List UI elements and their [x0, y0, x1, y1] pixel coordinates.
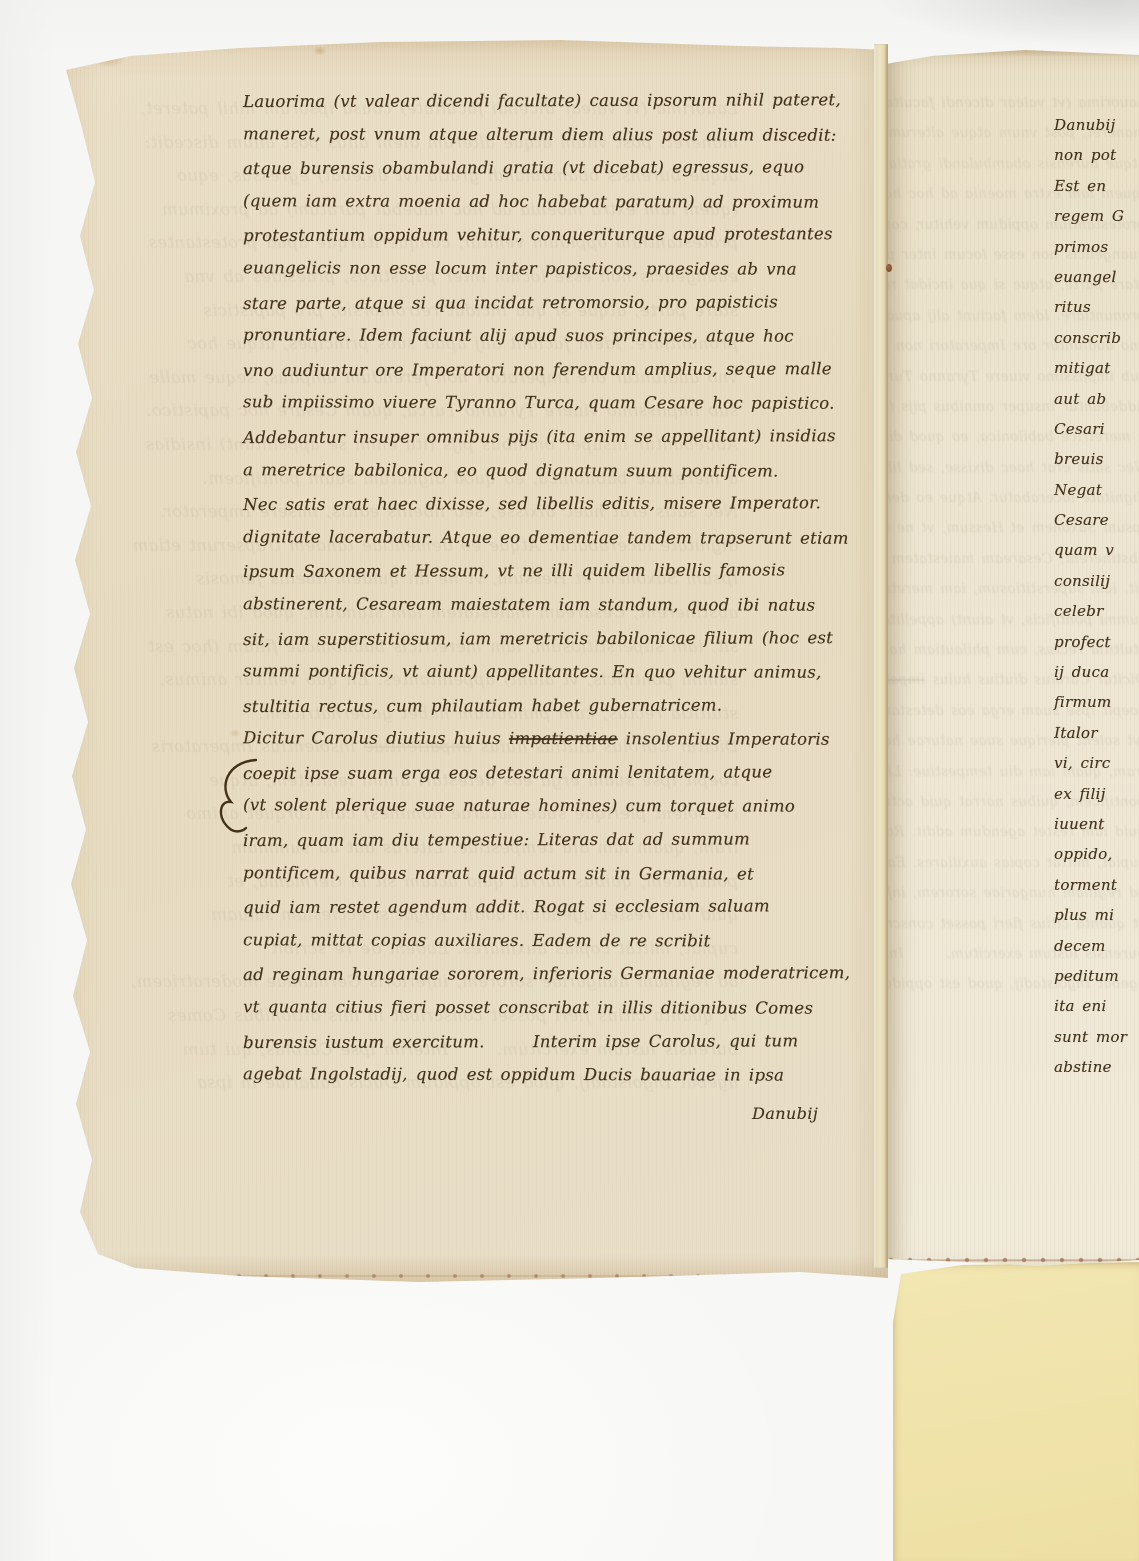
- manuscript-line: summi pontificis, vt aiunt) appellitante…: [243, 654, 888, 689]
- struck-word: impatientiae: [509, 729, 618, 748]
- manuscript-line: Cesari: [1054, 414, 1139, 444]
- manuscript-line: coepit ipse suam erga eos detestari anim…: [243, 755, 888, 791]
- manuscript-line: celebr: [1054, 596, 1139, 626]
- manuscript-line: Addebantur insuper omnibus pijs (ita eni…: [243, 419, 888, 455]
- manuscript-line: sit, iam superstitiosum, iam meretricis …: [243, 620, 888, 656]
- manuscript-line: consilij: [1054, 566, 1139, 596]
- manuscript-line: stare parte, atque si qua incidat retrom…: [243, 285, 888, 321]
- manuscript-line: firmum: [1054, 687, 1139, 717]
- gutter-fold: [874, 44, 888, 1268]
- manuscript-line: abstine: [1054, 1052, 1139, 1082]
- manuscript-line: Negat: [1054, 475, 1139, 505]
- right-page: Lauorima (vt valear dicendi facultate) c…: [886, 48, 1139, 1266]
- manuscript-line: iuuent: [1054, 809, 1139, 840]
- manuscript-line: Italor: [1054, 718, 1139, 749]
- manuscript-line: oppido,: [1054, 839, 1139, 869]
- manuscript-line: quam v: [1054, 535, 1139, 566]
- manuscript-line: atque burensis obambulandi gratia (vt di…: [243, 150, 888, 186]
- line-fragment: Dicitur Carolus diutius huius: [243, 728, 509, 748]
- manuscript-line: torment: [1054, 870, 1139, 900]
- manuscript-line: dignitate lacerabatur. Atque eo dementia…: [243, 520, 888, 555]
- manuscript-line: euangel: [1054, 262, 1139, 293]
- manuscript-line: (quem iam extra moenia ad hoc habebat pa…: [243, 184, 888, 219]
- manuscript-line: conscrib: [1054, 323, 1139, 353]
- catchword: Danubij: [752, 1104, 818, 1123]
- manuscript-line: agebat Ingolstadij, quod est oppidum Duc…: [243, 1057, 888, 1092]
- manuscript-line: ij duca: [1054, 657, 1139, 687]
- manuscript-line: breuis: [1054, 444, 1139, 475]
- manuscript-line: ipsum Saxonem et Hessum, vt ne illi quid…: [243, 553, 888, 589]
- manuscript-line: Lauorima (vt valear dicendi facultate) c…: [243, 83, 888, 119]
- manuscript-line: ad reginam hungariae sororem, inferioris…: [243, 956, 888, 992]
- manuscript-line: ita eni: [1054, 991, 1139, 1022]
- manuscript-line: profect: [1054, 626, 1139, 657]
- binding-crumb: [886, 264, 892, 272]
- manuscript-line: non pot: [1054, 140, 1139, 170]
- line-fragment: insolentius Imperatoris: [618, 729, 830, 749]
- manuscript-line: mitigat: [1054, 353, 1139, 384]
- manuscript-line: euangelicis non esse locum inter papisti…: [243, 251, 888, 286]
- manuscript-line: ex filij: [1054, 779, 1139, 809]
- manuscript-line: maneret, post vnum atque alterum diem al…: [243, 117, 888, 152]
- manuscript-line: burensis iustum exercitum. Interim ipse …: [243, 1024, 888, 1060]
- manuscript-line: Dicitur Carolus diutius huius impatienti…: [243, 721, 888, 756]
- manuscript-line: ritus: [1054, 292, 1139, 322]
- manuscript-line: vno audiuntur ore Imperatori non ferendu…: [243, 352, 888, 388]
- manuscript-line: abstinerent, Cesaream maiestatem iam sta…: [243, 587, 888, 622]
- struck-word: impatientiae: [886, 672, 925, 688]
- manuscript-line: pronuntiare. Idem faciunt alij apud suos…: [243, 318, 888, 353]
- manuscript-line: sub impiissimo viuere Tyranno Turca, qua…: [243, 386, 888, 421]
- manuscript-line: pontificem, quibus narrat quid actum sit…: [243, 856, 888, 891]
- manuscript-scan: Lauorima (vt valear dicendi facultate) c…: [0, 0, 1139, 1561]
- manuscript-line: aut ab: [1054, 384, 1139, 414]
- manuscript-line: decem: [1054, 931, 1139, 961]
- right-page-text-block: Danubijnon potEst enregem Gprimoseuangel…: [1054, 110, 1139, 1083]
- manuscript-line: Est en: [1054, 171, 1139, 202]
- left-page-bottom-edge: [100, 1273, 818, 1279]
- manuscript-line: vi, circ: [1054, 748, 1139, 778]
- manuscript-line: Danubij: [1054, 110, 1139, 140]
- left-page-text-block: Lauorima (vt valear dicendi facultate) c…: [243, 84, 888, 1092]
- manuscript-line: protestantium oppidum vehitur, conquerit…: [243, 217, 888, 253]
- manuscript-line: Cesare: [1054, 505, 1139, 535]
- yellow-backing-sheet: [893, 1262, 1139, 1561]
- manuscript-line: plus mi: [1054, 900, 1139, 931]
- manuscript-line: a meretrice babilonica, eo quod dignatum…: [243, 453, 888, 488]
- manuscript-line: quid iam restet agendum addit. Rogat si …: [243, 889, 888, 925]
- manuscript-line: peditum: [1054, 961, 1139, 991]
- manuscript-line: stultitia rectus, cum philautiam habet g…: [243, 688, 888, 724]
- manuscript-line: vt quanta citius fieri posset conscribat…: [243, 990, 888, 1025]
- left-page: Lauorima (vt valear dicendi facultate) c…: [40, 32, 888, 1284]
- manuscript-line: cupiat, mittat copias auxiliares. Eadem …: [243, 923, 888, 958]
- manuscript-line: regem G: [1054, 201, 1139, 231]
- manuscript-line: (vt solent plerique suae naturae homines…: [243, 789, 888, 824]
- manuscript-line: Nec satis erat haec dixisse, sed libelli…: [243, 486, 888, 522]
- manuscript-line: primos: [1054, 232, 1139, 262]
- manuscript-line: sunt mor: [1054, 1022, 1139, 1052]
- paragraph-initial-flourish: [216, 754, 258, 838]
- manuscript-line: iram, quam iam diu tempestiue: Literas d…: [243, 822, 888, 858]
